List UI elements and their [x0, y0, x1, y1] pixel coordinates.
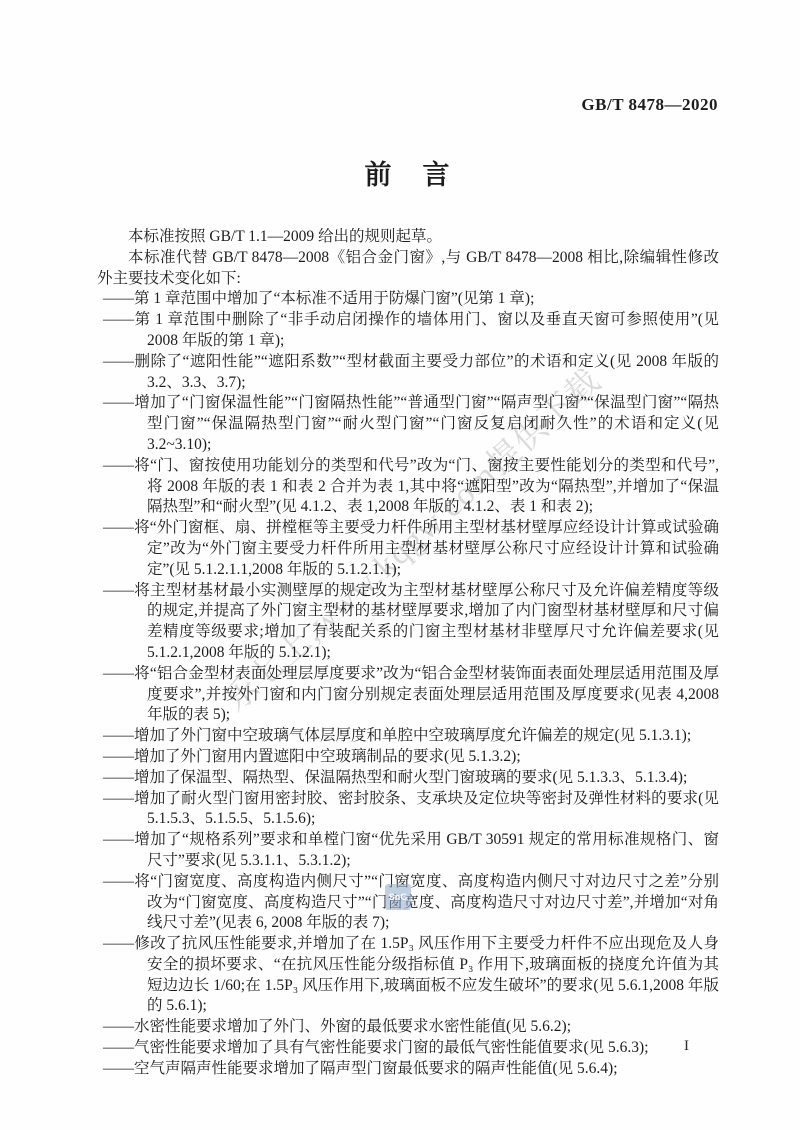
change-item: ——将主型材基材最小实测壁厚的规定改为主型材基材壁厚公称尺寸及允许偏差精度等级的… — [103, 581, 719, 664]
change-item: ——第 1 章范围中增加了“本标准不适用于防爆门窗”(见第 1 章); — [103, 289, 719, 310]
page-title: 前 言 — [97, 153, 719, 192]
change-item: ——增加了外门窗用内置遮阳中空玻璃制品的要求(见 5.1.3.2); — [103, 747, 719, 768]
change-item: ——删除了“遮阳性能”“遮阳系数”“型材截面主要受力部位”的术语和定义(见 20… — [103, 352, 719, 394]
foreword-body: 本标准按照 GB/T 1.1—2009 给出的规则起草。 本标准代替 GB/T … — [97, 227, 719, 1080]
change-item: ——修改了抗风压性能要求,并增加了在 1.5P₃ 风压作用下主要受力杆件不应出现… — [103, 934, 719, 1017]
change-item: ——增加了保温型、隔热型、保温隔热型和耐火型门窗玻璃的要求(见 5.1.3.3、… — [103, 768, 719, 789]
foreword-paragraph: 本标准按照 GB/T 1.1—2009 给出的规则起草。 — [97, 227, 719, 248]
change-item: ——增加了外门窗中空玻璃气体层厚度和单腔中空玻璃厚度允许偏差的规定(见 5.1.… — [103, 726, 719, 747]
change-item: ——第 1 章范围中删除了“非手动启闭操作的墙体用门、窗以及垂直天窗可参照使用”… — [103, 310, 719, 352]
change-item: ——水密性能要求增加了外门、外窗的最低要求水密性能值(见 5.6.2); — [103, 1017, 719, 1038]
change-item: ——增加了“规格系列”要求和单樘门窗“优先采用 GB/T 30591 规定的常用… — [103, 830, 719, 872]
change-item: ——增加了“门窗保温性能”“门窗隔热性能”“普通型门窗”“隔声型门窗”“保温型门… — [103, 393, 719, 455]
change-item: ——气密性能要求增加了具有气密性能要求门窗的最低气密性能值要求(见 5.6.3)… — [103, 1038, 719, 1059]
page-number: I — [684, 1038, 689, 1055]
change-item: ——将“外门窗框、扇、拼樘框等主要受力杆件所用主型材基材壁厚应经设计计算或试验确… — [103, 518, 719, 580]
change-item: ——将“门、窗按使用功能划分的类型和代号”改为“门、窗按主要性能划分的类型和代号… — [103, 456, 719, 518]
standard-number: GB/T 8478—2020 — [581, 95, 718, 115]
change-item: ——将“铝合金型材表面处理层厚度要求”改为“铝合金型材装饰面表面处理层适用范围及… — [103, 664, 719, 726]
document-page: 乐七上,www.kqgw.com提供下载 GB/T 8478—2020 前 言 … — [0, 0, 800, 1130]
foreword-paragraph: 本标准代替 GB/T 8478—2008《铝合金门窗》,与 GB/T 8478—… — [97, 248, 719, 290]
change-item: ——增加了耐火型门窗用密封胶、密封胶条、支承块及定位块等密封及弹性材料的要求(见… — [103, 789, 719, 831]
change-item: ——将“门窗宽度、高度构造内侧尺寸”“门窗宽度、高度构造内侧尺寸对边尺寸之差”分… — [103, 872, 719, 934]
changes-list: ——第 1 章范围中增加了“本标准不适用于防爆门窗”(见第 1 章); ——第 … — [97, 289, 719, 1079]
change-item: ——空气声隔声性能要求增加了隔声型门窗最低要求的隔声性能值(见 5.6.4); — [103, 1059, 719, 1080]
